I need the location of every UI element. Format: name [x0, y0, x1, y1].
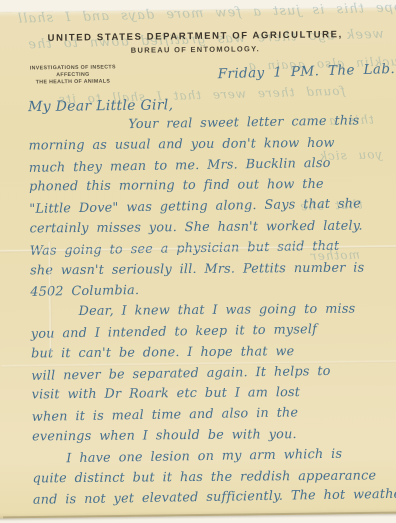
bleedthrough-text: hope this is just a few more days and I …	[17, 0, 396, 27]
letter-paper-surface: hope this is just a few more days and I …	[0, 8, 396, 519]
letter-body: Your real sweet letter came thismorning …	[28, 112, 389, 511]
letterhead-division-line1: INVESTIGATIONS OF INSECTS AFFECTING	[16, 64, 131, 79]
letterhead-title: UNITED STATES DEPARTMENT OF AGRICULTURE,	[0, 29, 393, 45]
letterhead-division: INVESTIGATIONS OF INSECTS AFFECTING THE …	[16, 64, 131, 87]
letterhead-subtitle: BUREAU OF ENTOMOLOGY.	[0, 43, 393, 57]
scanned-letter-screenshot: { "colors": { "paper": "#ebdeb4", "backg…	[0, 0, 396, 523]
bleedthrough-layer: hope this is just a few more days and I …	[0, 8, 393, 13]
handwritten-line: and is not yet elevated sufficiently. Th…	[33, 485, 389, 512]
paper-bottom-edge	[3, 512, 396, 519]
letter-paper: hope this is just a few more days and I …	[0, 8, 396, 519]
letter-salutation: My Dear Little Girl,	[28, 97, 173, 115]
letter-dateline: Friday 1 PM. The Lab.	[217, 61, 395, 82]
letterhead-division-line2: THE HEALTH OF ANIMALS	[16, 78, 130, 86]
